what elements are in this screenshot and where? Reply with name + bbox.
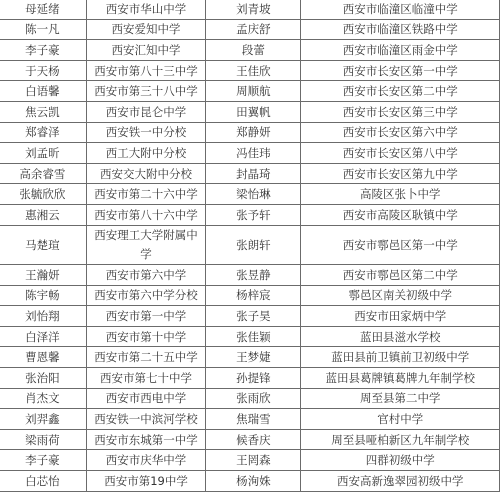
student-name-cell: 孙提锋 <box>206 368 301 389</box>
table-row: 王瀚妍西安市第六中学张昱静西安市鄠邑区第二中学 <box>0 265 500 286</box>
student-name-cell: 白语馨 <box>0 81 86 102</box>
school-name-cell: 西安铁一中滨河学校 <box>86 409 206 430</box>
school-name-cell: 西安市东城第一中学 <box>86 429 206 450</box>
student-name-cell: 田翼帆 <box>206 101 301 122</box>
table-row: 陈一凡西安爱知中学孟庆舒西安市临潼区铁路中学 <box>0 19 500 40</box>
student-name-cell: 惠湘云 <box>0 204 86 225</box>
table-row: 郑睿泽西安铁一中分校郑静妍西安市长安区第六中学 <box>0 122 500 143</box>
student-name-cell: 张治阳 <box>0 368 86 389</box>
school-name-cell: 西安市临潼区雨金中学 <box>301 40 500 61</box>
school-name-cell: 西安市第七十中学 <box>86 368 206 389</box>
student-name-cell: 郑睿泽 <box>0 122 86 143</box>
school-name-cell: 西安市第二十五中学 <box>86 347 206 368</box>
school-name-cell: 西安市临潼区铁路中学 <box>301 19 500 40</box>
student-name-cell: 高余睿雪 <box>0 163 86 184</box>
student-name-cell: 张朗轩 <box>206 225 301 265</box>
school-name-cell: 高陵区张卜中学 <box>301 184 500 205</box>
student-name-cell: 肖杰文 <box>0 388 86 409</box>
student-name-cell: 李子豪 <box>0 40 86 61</box>
student-name-cell: 马楚瑄 <box>0 225 86 265</box>
student-name-cell: 王瀚妍 <box>0 265 86 286</box>
table-row: 李子豪西安市庆华中学王罔森四群初级中学 <box>0 450 500 471</box>
student-name-cell: 刘羿鑫 <box>0 409 86 430</box>
school-name-cell: 蓝田县前卫镇前卫初级中学 <box>301 347 500 368</box>
student-name-cell: 冯佳玮 <box>206 143 301 164</box>
school-name-cell: 西安市长安区第八中学 <box>301 143 500 164</box>
school-name-cell: 西安交大附中分校 <box>86 163 206 184</box>
school-name-cell: 西安市田家炳中学 <box>301 306 500 327</box>
student-name-cell: 杨洵姝 <box>206 470 301 491</box>
school-name-cell: 西安高新逸翠园初级中学 <box>301 470 500 491</box>
school-name-cell: 西工大附中分校 <box>86 143 206 164</box>
school-name-cell: 西安市长安区第九中学 <box>301 163 500 184</box>
table-row: 肖杰文西安市西电中学张雨欣周至县第二中学 <box>0 388 500 409</box>
student-name-cell: 候香庆 <box>206 429 301 450</box>
table-row: 张毓欣欣西安市第二十六中学梁怡琳高陵区张卜中学 <box>0 184 500 205</box>
school-name-cell: 西安市庆华中学 <box>86 450 206 471</box>
table-row: 刘怡翔西安市第一中学张子昊西安市田家炳中学 <box>0 306 500 327</box>
school-name-cell: 周至县第二中学 <box>301 388 500 409</box>
school-name-cell: 西安市第19中学 <box>86 470 206 491</box>
student-name-cell: 周顺航 <box>206 81 301 102</box>
table-row: 梁雨荷西安市东城第一中学候香庆周至县哑柏新区九年制学校 <box>0 429 500 450</box>
school-name-cell: 西安市华山中学 <box>86 0 206 19</box>
student-name-cell: 张毓欣欣 <box>0 184 86 205</box>
student-name-cell: 陈一凡 <box>0 19 86 40</box>
table-body: 母延绪西安市华山中学刘青坡西安市临潼区临潼中学陈一凡西安爱知中学孟庆舒西安市临潼… <box>0 0 500 491</box>
student-name-cell: 于天杨 <box>0 60 86 81</box>
school-name-cell: 官村中学 <box>301 409 500 430</box>
table-row: 高余睿雪西安交大附中分校封晶琦西安市长安区第九中学 <box>0 163 500 184</box>
student-name-cell: 王罔森 <box>206 450 301 471</box>
school-name-cell: 西安市长安区第一中学 <box>301 60 500 81</box>
student-name-cell: 郑静妍 <box>206 122 301 143</box>
student-name-cell: 张佳颖 <box>206 326 301 347</box>
table-row: 白芯怡西安市第19中学杨洵姝西安高新逸翠园初级中学 <box>0 470 500 491</box>
student-name-cell: 李子豪 <box>0 450 86 471</box>
school-name-cell: 周至县哑柏新区九年制学校 <box>301 429 500 450</box>
table-row: 白泽洋西安市第十中学张佳颖蓝田县滋水学校 <box>0 326 500 347</box>
student-name-cell: 白芯怡 <box>0 470 86 491</box>
table-row: 刘孟昕西工大附中分校冯佳玮西安市长安区第八中学 <box>0 143 500 164</box>
school-name-cell: 西安铁一中分校 <box>86 122 206 143</box>
table-row: 张治阳西安市第七十中学孙提锋蓝田县葛牌镇葛牌九年制学校 <box>0 368 500 389</box>
table-row: 刘羿鑫西安铁一中滨河学校焦瑞雪官村中学 <box>0 409 500 430</box>
school-name-cell: 西安市第六中学分校 <box>86 285 206 306</box>
student-school-table: 母延绪西安市华山中学刘青坡西安市临潼区临潼中学陈一凡西安爱知中学孟庆舒西安市临潼… <box>0 0 500 492</box>
school-name-cell: 西安市西电中学 <box>86 388 206 409</box>
school-name-cell: 鄠邑区南关初级中学 <box>301 285 500 306</box>
school-name-cell: 西安市第二十六中学 <box>86 184 206 205</box>
school-name-cell: 西安汇知中学 <box>86 40 206 61</box>
student-name-cell: 焦云凯 <box>0 101 86 122</box>
student-name-cell: 张予轩 <box>206 204 301 225</box>
school-name-cell: 西安市第八十三中学 <box>86 60 206 81</box>
school-name-cell: 西安市第八十六中学 <box>86 204 206 225</box>
student-name-cell: 张昱静 <box>206 265 301 286</box>
school-name-cell: 西安市临潼区临潼中学 <box>301 0 500 19</box>
student-name-cell: 焦瑞雪 <box>206 409 301 430</box>
school-name-cell: 蓝田县滋水学校 <box>301 326 500 347</box>
roster-table-container: 母延绪西安市华山中学刘青坡西安市临潼区临潼中学陈一凡西安爱知中学孟庆舒西安市临潼… <box>0 0 500 492</box>
table-row: 曹恩馨西安市第二十五中学王梦婕蓝田县前卫镇前卫初级中学 <box>0 347 500 368</box>
student-name-cell: 孟庆舒 <box>206 19 301 40</box>
student-name-cell: 王佳欣 <box>206 60 301 81</box>
table-row: 惠湘云西安市第八十六中学张予轩西安市高陵区耿镇中学 <box>0 204 500 225</box>
student-name-cell: 梁怡琳 <box>206 184 301 205</box>
student-name-cell: 张雨欣 <box>206 388 301 409</box>
student-name-cell: 曹恩馨 <box>0 347 86 368</box>
student-name-cell: 刘怡翔 <box>0 306 86 327</box>
student-name-cell: 母延绪 <box>0 0 86 19</box>
student-name-cell: 王梦婕 <box>206 347 301 368</box>
school-name-cell: 西安爱知中学 <box>86 19 206 40</box>
school-name-cell: 西安市第一中学 <box>86 306 206 327</box>
school-name-cell: 西安市第六中学 <box>86 265 206 286</box>
school-name-cell: 西安市高陵区耿镇中学 <box>301 204 500 225</box>
school-name-cell: 西安市第三十八中学 <box>86 81 206 102</box>
table-row: 马楚瑄西安理工大学附属中学张朗轩西安市鄠邑区第一中学 <box>0 225 500 265</box>
school-name-cell: 西安市长安区第六中学 <box>301 122 500 143</box>
table-row: 陈宇畅西安市第六中学分校杨梓宸鄠邑区南关初级中学 <box>0 285 500 306</box>
table-row: 白语馨西安市第三十八中学周顺航西安市长安区第二中学 <box>0 81 500 102</box>
school-name-cell: 西安市长安区第二中学 <box>301 81 500 102</box>
school-name-cell: 西安市长安区第三中学 <box>301 101 500 122</box>
student-name-cell: 白泽洋 <box>0 326 86 347</box>
table-row: 于天杨西安市第八十三中学王佳欣西安市长安区第一中学 <box>0 60 500 81</box>
school-name-cell: 西安市第十中学 <box>86 326 206 347</box>
student-name-cell: 张子昊 <box>206 306 301 327</box>
student-name-cell: 陈宇畅 <box>0 285 86 306</box>
student-name-cell: 段蕾 <box>206 40 301 61</box>
student-name-cell: 刘孟昕 <box>0 143 86 164</box>
school-name-cell: 蓝田县葛牌镇葛牌九年制学校 <box>301 368 500 389</box>
school-name-cell: 西安市鄠邑区第二中学 <box>301 265 500 286</box>
school-name-cell: 西安市鄠邑区第一中学 <box>301 225 500 265</box>
table-row: 李子豪西安汇知中学段蕾西安市临潼区雨金中学 <box>0 40 500 61</box>
school-name-cell: 西安理工大学附属中学 <box>86 225 206 265</box>
student-name-cell: 刘青坡 <box>206 0 301 19</box>
student-name-cell: 封晶琦 <box>206 163 301 184</box>
student-name-cell: 梁雨荷 <box>0 429 86 450</box>
school-name-cell: 西安市昆仑中学 <box>86 101 206 122</box>
student-name-cell: 杨梓宸 <box>206 285 301 306</box>
table-row: 焦云凯西安市昆仑中学田翼帆西安市长安区第三中学 <box>0 101 500 122</box>
school-name-cell: 四群初级中学 <box>301 450 500 471</box>
table-row: 母延绪西安市华山中学刘青坡西安市临潼区临潼中学 <box>0 0 500 19</box>
